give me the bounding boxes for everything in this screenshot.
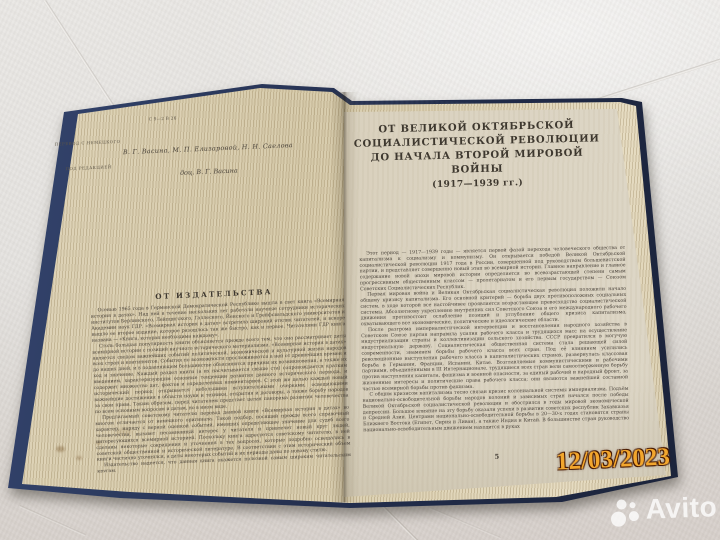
left-page-content: С 9—2 В 26 Перевод с немецкого В. Г. Вас… [56, 94, 362, 496]
avito-logo-dot-icon [611, 511, 627, 527]
chapter-title: ОТ ВЕЛИКОЙ ОКТЯБРЬСКОЙ СОЦИАЛИСТИЧЕСКОЙ … [350, 118, 604, 194]
paragraph: Этот период — 1917—1939 годы — является … [359, 245, 626, 292]
catalog-code-text: С 9—2 В 26 [149, 112, 269, 122]
paragraph: Столь большая популярность книги объясня… [92, 333, 349, 415]
page-stain [56, 446, 65, 452]
paragraph: После разгрома империалистической интерв… [361, 321, 628, 392]
left-page-body: Осенью 1965 года в Германской Демократич… [90, 297, 351, 472]
avito-logo-dot-icon [629, 511, 639, 521]
paragraph: С общим кризисом капитализма тесно связа… [362, 386, 629, 433]
right-page-content: ОТ ВЕЛИКОЙ ОКТЯБРЬСКОЙ СОЦИАЛИСТИЧЕСКОЙ … [350, 103, 649, 499]
avito-logo-dot-icon [616, 499, 626, 509]
photo-open-book: С 9—2 В 26 Перевод с немецкого В. Г. Вас… [0, 0, 720, 540]
right-page-body: Этот период — 1917—1939 годы — является … [359, 245, 630, 459]
camera-date-stamp: 12/03/2023 [555, 443, 670, 476]
avito-watermark-text: Avito [645, 491, 718, 525]
avito-watermark: Avito [607, 494, 720, 540]
paragraph: Первая мировая война и Великая Октябрьск… [360, 286, 627, 327]
catalog-code: С 9—2 В 26 [149, 112, 269, 127]
avito-logo-dot-icon [629, 502, 635, 508]
title-page-credits: Перевод с немецкого В. Г. Васина, М. П. … [87, 131, 328, 181]
